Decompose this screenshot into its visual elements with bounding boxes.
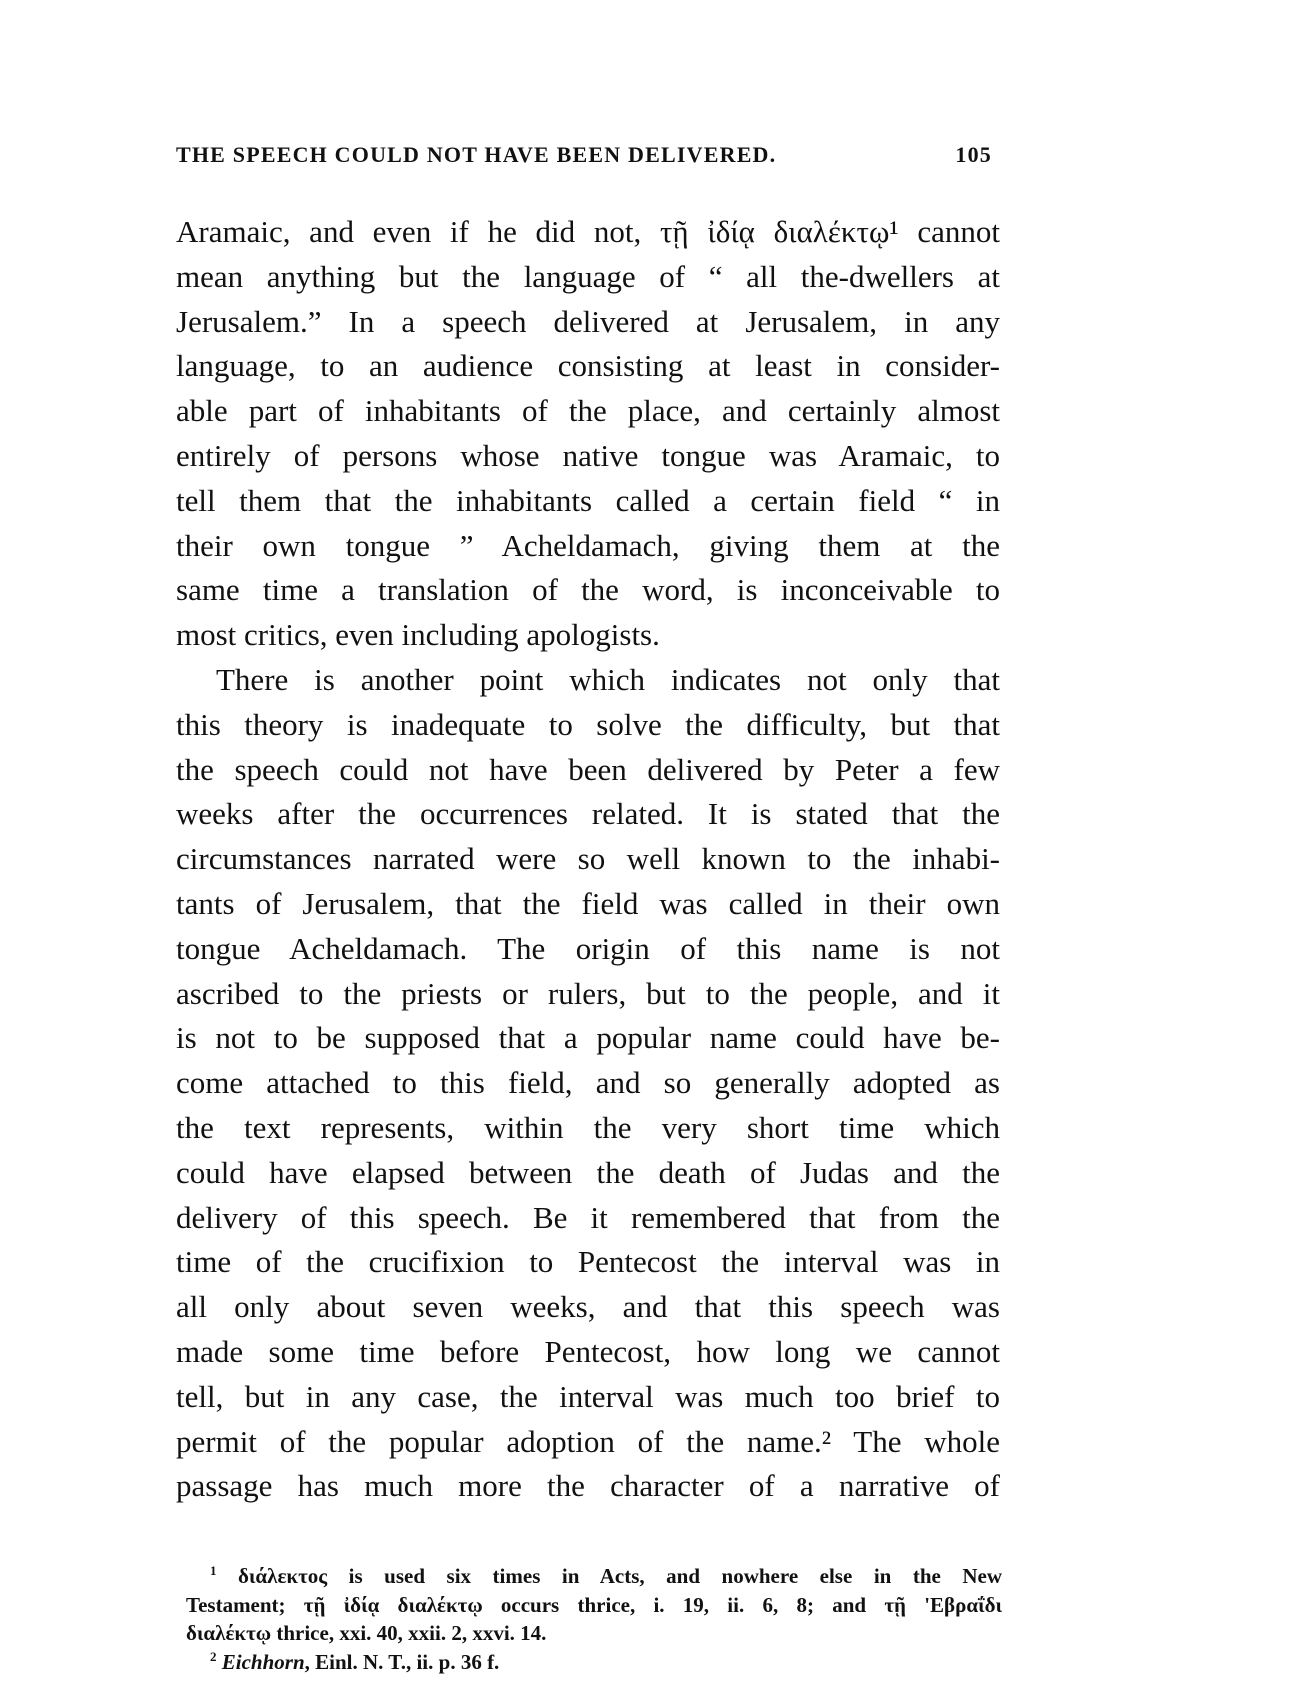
text-line: come attached to this field, and so gene…: [176, 1061, 1000, 1106]
text-line: their own tongue ” Acheldamach, giving t…: [176, 524, 1000, 569]
text-line: most critics, even including apologists.: [176, 613, 1000, 658]
body-text: Aramaic, and even if he did not, τῇ ἰδίᾳ…: [176, 210, 1000, 1509]
text-line: circumstances narrated were so well know…: [176, 837, 1000, 882]
footnote-line: 1 διάλεκτος is used six times in Acts, a…: [186, 1562, 1002, 1591]
text-line: time of the crucifixion to Pentecost the…: [176, 1240, 1000, 1285]
text-line: There is another point which indicates n…: [176, 658, 1000, 703]
text-line: tell, but in any case, the interval was …: [176, 1375, 1000, 1420]
text-line: the text represents, within the very sho…: [176, 1106, 1000, 1151]
footnote-line: 2 Eichhorn, Einl. N. T., ii. p. 36 f.: [186, 1648, 1002, 1677]
text-line: is not to be supposed that a popular nam…: [176, 1016, 1000, 1061]
footnote-marker: 2: [210, 1649, 217, 1664]
footnote-1: 1 διάλεκτος is used six times in Acts, a…: [186, 1562, 1002, 1648]
paragraph-2: There is another point which indicates n…: [176, 658, 1000, 1509]
text-line: same time a translation of the word, is …: [176, 568, 1000, 613]
text-line: weeks after the occurrences related. It …: [176, 792, 1000, 837]
footnote-marker: 1: [210, 1563, 217, 1578]
text-line: language, to an audience consisting at l…: [176, 344, 1000, 389]
footnote-text: διάλεκτος is used six times in Acts, and…: [238, 1564, 1002, 1588]
footnote-2: 2 Eichhorn, Einl. N. T., ii. p. 36 f.: [186, 1648, 1002, 1677]
running-header: THE SPEECH COULD NOT HAVE BEEN DELIVERED…: [176, 142, 1000, 172]
footnote-author: Eichhorn: [222, 1650, 305, 1674]
text-line: able part of inhabitants of the place, a…: [176, 389, 1000, 434]
text-line: this theory is inadequate to solve the d…: [176, 703, 1000, 748]
text-line: the speech could not have been delivered…: [176, 748, 1000, 793]
text-line: tants of Jerusalem, that the field was c…: [176, 882, 1000, 927]
footnote-citation: , Einl. N. T., ii. p. 36 f.: [305, 1650, 500, 1674]
paragraph-1: Aramaic, and even if he did not, τῇ ἰδίᾳ…: [176, 210, 1000, 658]
text-line: Aramaic, and even if he did not, τῇ ἰδίᾳ…: [176, 210, 1000, 255]
text-line: passage has much more the character of a…: [176, 1464, 1000, 1509]
running-title: THE SPEECH COULD NOT HAVE BEEN DELIVERED…: [176, 142, 776, 168]
text-line: tongue Acheldamach. The origin of this n…: [176, 927, 1000, 972]
footnotes: 1 διάλεκτος is used six times in Acts, a…: [186, 1562, 1002, 1676]
text-line: tell them that the inhabitants called a …: [176, 479, 1000, 524]
text-line: ascribed to the priests or rulers, but t…: [176, 972, 1000, 1017]
footnote-line: διαλέκτῳ thrice, xxi. 40, xxii. 2, xxvi.…: [186, 1619, 1002, 1648]
text-line: all only about seven weeks, and that thi…: [176, 1285, 1000, 1330]
text-line: could have elapsed between the death of …: [176, 1151, 1000, 1196]
text-line: delivery of this speech. Be it remembere…: [176, 1196, 1000, 1241]
text-line: entirely of persons whose native tongue …: [176, 434, 1000, 479]
text-line: permit of the popular adoption of the na…: [176, 1420, 1000, 1465]
footnote-line: Testament; τῇ ἰδίᾳ διαλέκτῳ occurs thric…: [186, 1591, 1002, 1620]
text-line: mean anything but the language of “ all …: [176, 255, 1000, 300]
page-number: 105: [955, 142, 992, 168]
text-line: Jerusalem.” In a speech delivered at Jer…: [176, 300, 1000, 345]
text-line: made some time before Pentecost, how lon…: [176, 1330, 1000, 1375]
